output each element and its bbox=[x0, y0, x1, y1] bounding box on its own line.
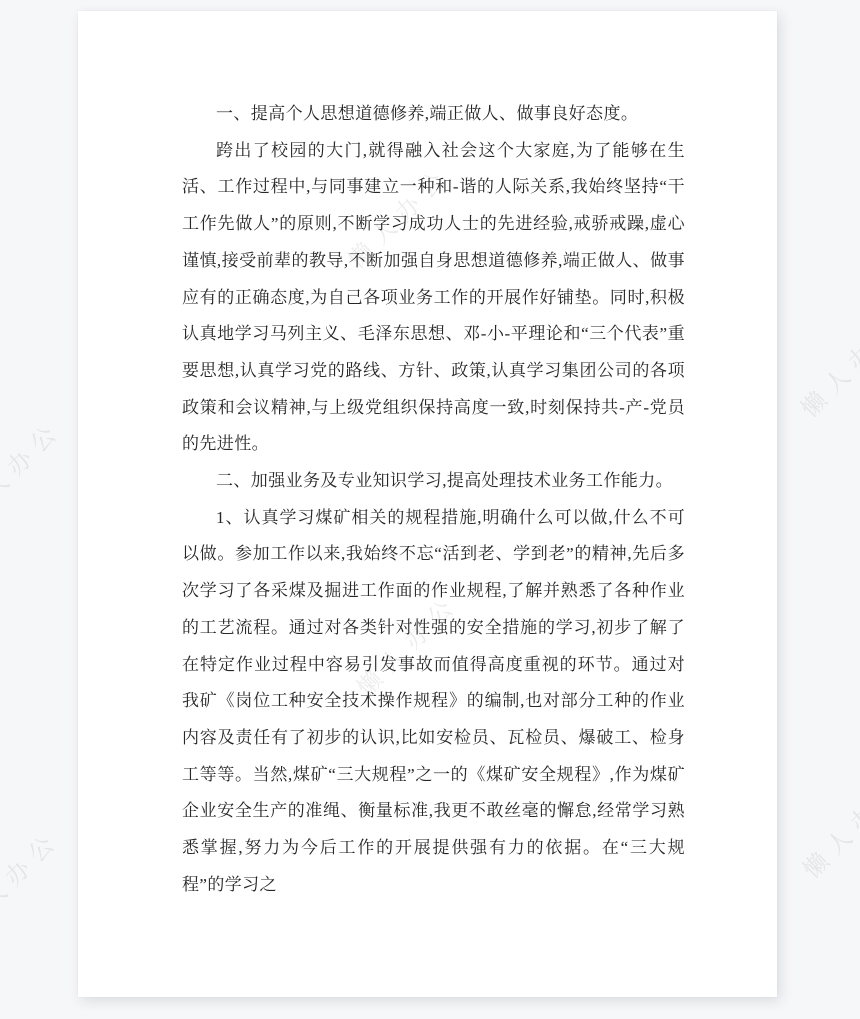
heading-paragraph-2: 二、加强业务及专业知识学习,提高处理技术业务工作能力。 bbox=[182, 463, 685, 500]
document-page: 一、提高个人思想道德修养,端正做人、做事良好态度。 跨出了校园的大门,就得融入社… bbox=[78, 11, 777, 997]
document-preview-canvas: 懒人办公 懒人办公 懒人办公 懒人办公 懒人办公 懒人办公 一、提高个人思想道德… bbox=[0, 0, 860, 1019]
body-paragraph-2: 1、认真学习煤矿相关的规程措施,明确什么可以做,什么不可以做。参加工作以来,我始… bbox=[182, 500, 685, 904]
watermark-text: 懒人办公 bbox=[788, 761, 860, 895]
body-paragraph-1: 跨出了校园的大门,就得融入社会这个大家庭,为了能够在生活、工作过程中,与同事建立… bbox=[182, 133, 685, 463]
watermark-text: 懒人办公 bbox=[0, 405, 79, 539]
watermark-text: 懒人办公 bbox=[0, 815, 77, 949]
heading-paragraph-1: 一、提高个人思想道德修养,端正做人、做事良好态度。 bbox=[182, 96, 685, 133]
document-content: 一、提高个人思想道德修养,端正做人、做事良好态度。 跨出了校园的大门,就得融入社… bbox=[182, 96, 685, 903]
watermark-text: 懒人办公 bbox=[786, 300, 860, 434]
